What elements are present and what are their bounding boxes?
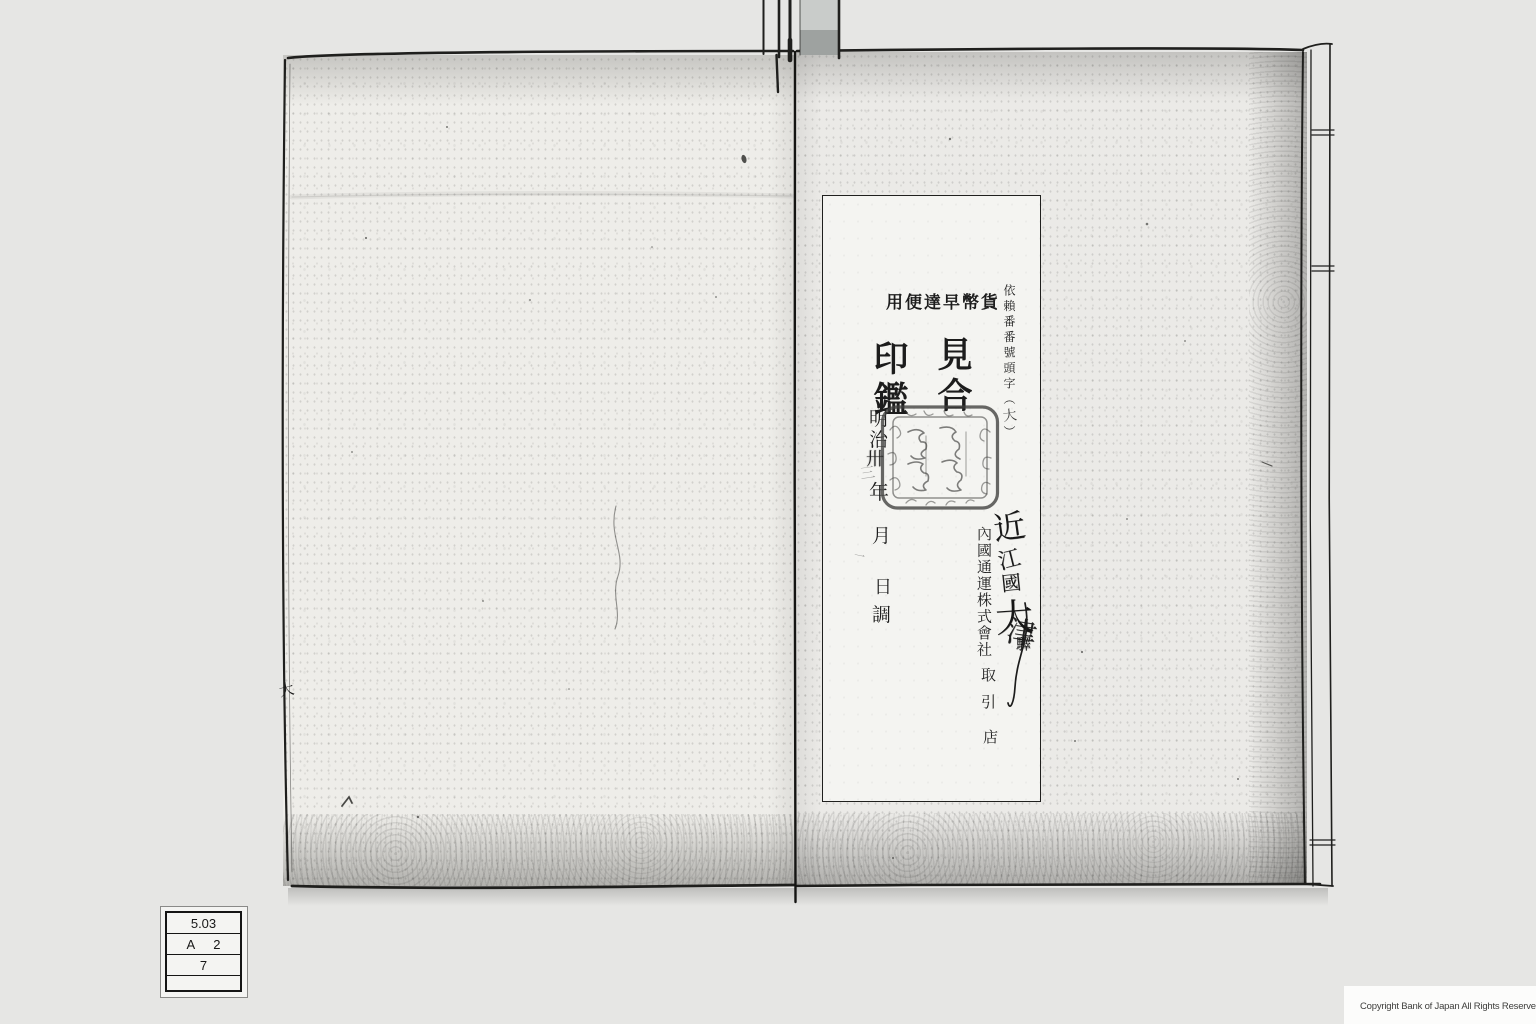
date-char: 日 — [874, 573, 892, 599]
scanned-document-page: 大 依賴番番號頭字（大） 用便達早幣貨 見合 印鑑 明 治 卅 三 年 月 一 … — [0, 0, 1536, 1024]
copyright-text: Copyright Bank of Japan All Rights Reser… — [1360, 1001, 1536, 1012]
left-page — [283, 55, 795, 886]
request-header-text: 依賴番番號頭字 — [1002, 284, 1016, 393]
page-bottom-shading — [795, 813, 1307, 885]
seal-specimen-form: 依賴番番號頭字（大） 用便達早幣貨 見合 印鑑 明 治 卅 三 年 月 一 日 … — [822, 195, 1041, 802]
archive-row-4 — [167, 976, 240, 990]
archive-label-box: 5.03 A 2 7 — [160, 906, 248, 998]
handwritten-request-value: 大 — [1001, 407, 1017, 426]
binding-edge-shading — [1249, 52, 1307, 885]
page-bottom-shading — [283, 814, 795, 886]
paren-open: （ — [1002, 393, 1016, 409]
copyright-bar: Copyright Bank of Japan All Rights Reser… — [1344, 986, 1536, 1024]
archive-row-1: 5.03 — [167, 913, 240, 934]
book-drop-shadow — [288, 888, 1328, 906]
page-top-shading — [795, 52, 1307, 102]
signature-station-char: 驛 — [1016, 633, 1031, 654]
handwritten-day-mark: 一 — [852, 547, 866, 565]
company-seal-stamp — [878, 402, 1002, 514]
archive-row-2: A 2 — [167, 934, 240, 955]
date-char: 調 — [872, 600, 891, 627]
archive-row-2-right: 2 — [213, 937, 220, 952]
company-name-column: 內國通運株式會社 — [976, 526, 991, 658]
archive-label-grid: 5.03 A 2 7 — [165, 911, 242, 992]
date-char: 月 — [872, 521, 891, 548]
archive-row-2-left: A — [187, 937, 196, 952]
gutter-shading — [769, 55, 795, 886]
paren-close: ） — [1002, 426, 1016, 442]
request-number-header-column: 依賴番番號頭字（大） — [1002, 284, 1016, 441]
branch-char: 引 — [981, 691, 996, 712]
archive-row-3: 7 — [167, 955, 240, 976]
gutter-shading — [795, 52, 821, 885]
page-top-shading — [283, 55, 795, 105]
usage-header-line: 用便達早幣貨 — [886, 288, 1000, 313]
branch-char: 店 — [983, 726, 998, 747]
branch-char: 取 — [981, 664, 996, 685]
